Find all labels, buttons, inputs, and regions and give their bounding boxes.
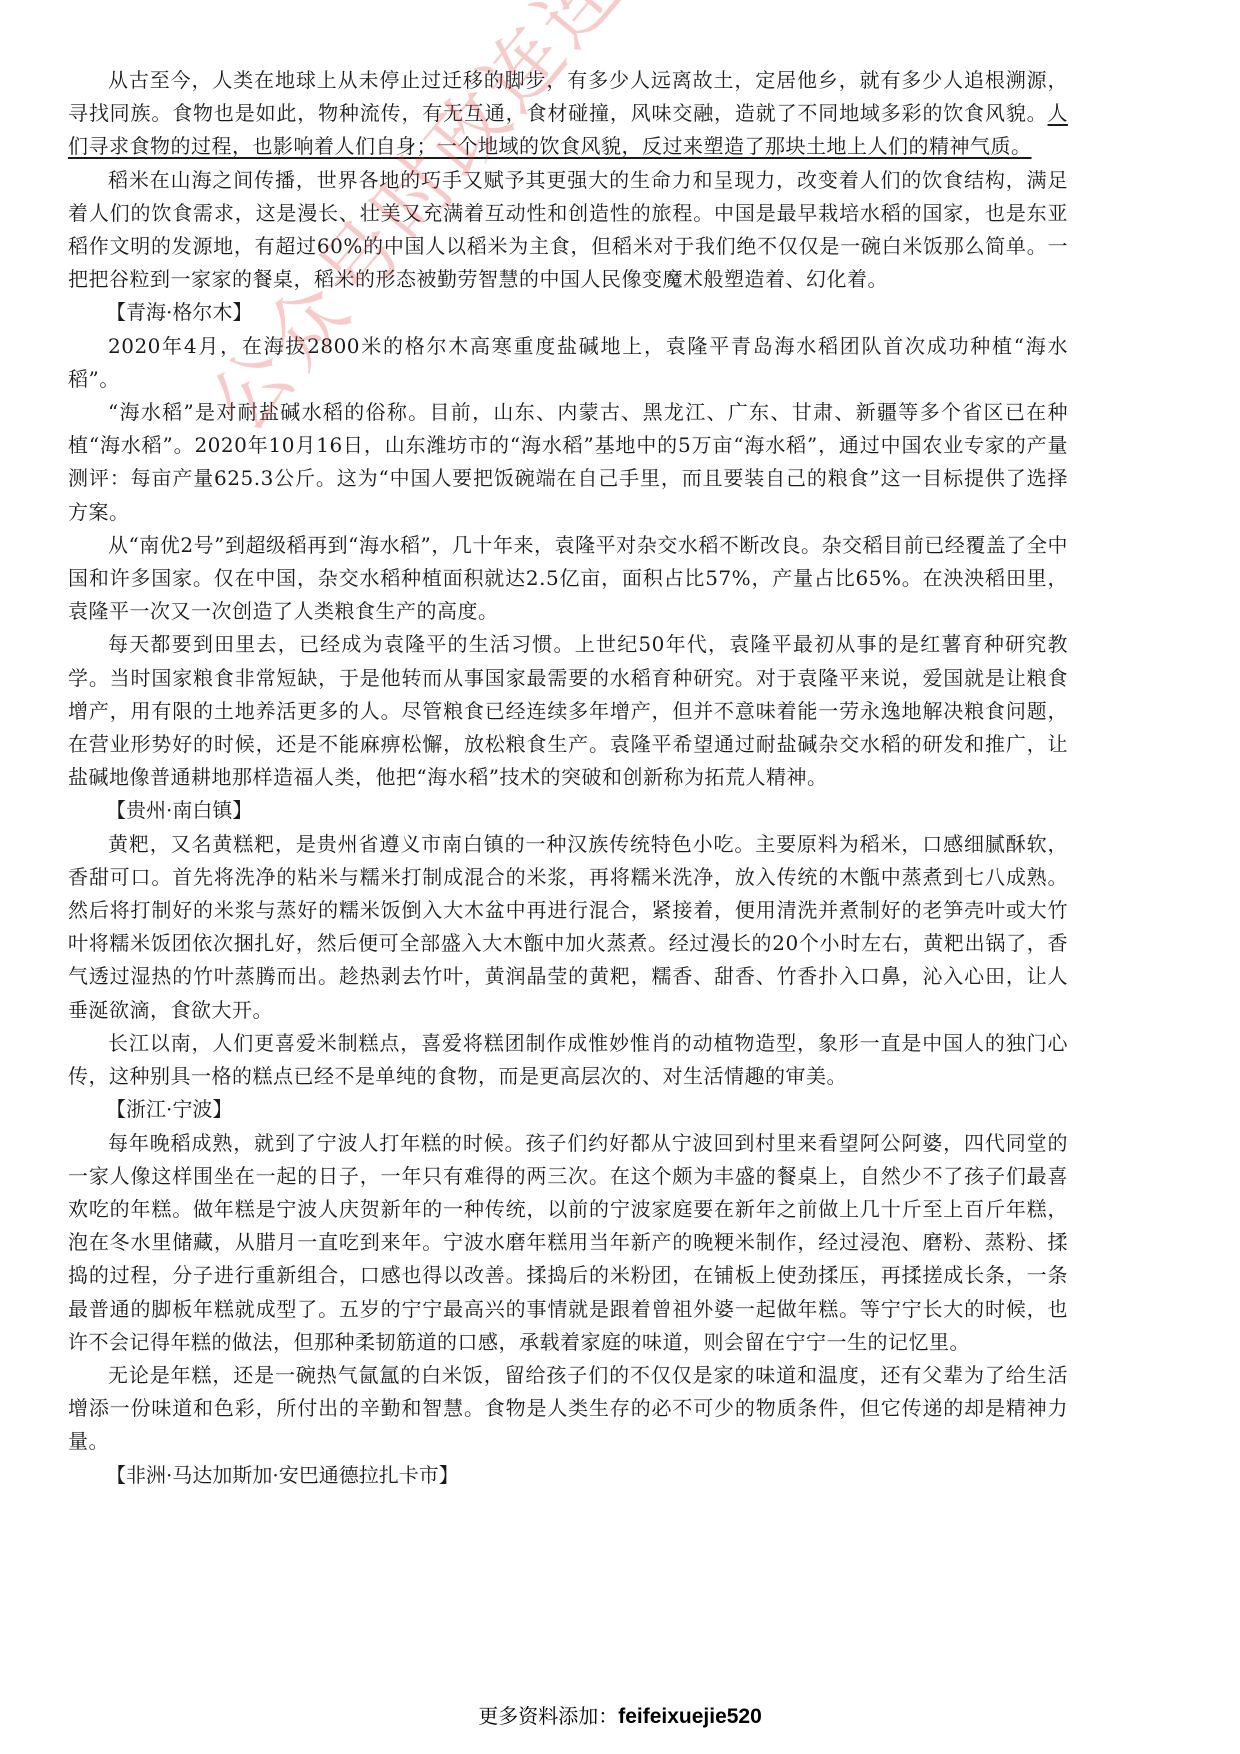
- section-heading-qinghai: 【青海·格尔木】: [68, 296, 1068, 329]
- section-heading-zhejiang: 【浙江·宁波】: [68, 1093, 1068, 1126]
- footer: 更多资料添加：feifeixuejie520: [0, 1700, 1240, 1729]
- paragraph: 每年晚稻成熟，就到了宁波人打年糕的时候。孩子们约好都从宁波回到村里来看望阿公阿婆…: [68, 1127, 1068, 1359]
- section-heading-guizhou: 【贵州·南白镇】: [68, 794, 1068, 827]
- paragraph-intro: 从古至今，人类在地球上从未停止过迁移的脚步，有多少人远离故土，定居他乡，就有多少…: [68, 64, 1068, 164]
- paragraph: “海水稻”是对耐盐碱水稻的俗称。目前，山东、内蒙古、黑龙江、广东、甘肃、新疆等多…: [68, 396, 1068, 529]
- paragraph: 每天都要到田里去，已经成为袁隆平的生活习惯。上世纪50年代，袁隆平最初从事的是红…: [68, 628, 1068, 794]
- paragraph: 长江以南，人们更喜爱米制糕点，喜爱将糕团制作成惟妙惟肖的动植物造型，象形一直是中…: [68, 1027, 1068, 1093]
- paragraph: 黄粑，又名黄糕粑，是贵州省遵义市南白镇的一种汉族传统特色小吃。主要原料为稻米，口…: [68, 828, 1068, 1027]
- paragraph: 2020年4月，在海拔2800米的格尔木高寒重度盐碱地上，袁隆平青岛海水稻团队首…: [68, 330, 1068, 396]
- document-body: 从古至今，人类在地球上从未停止过迁移的脚步，有多少人远离故土，定居他乡，就有多少…: [68, 64, 1068, 1492]
- paragraph: 无论是年糕，还是一碗热气氤氲的白米饭，留给孩子们的不仅仅是家的味道和温度，还有父…: [68, 1359, 1068, 1459]
- footer-label: 更多资料添加：: [478, 1704, 618, 1728]
- footer-contact-id: feifeixuejie520: [618, 1705, 762, 1728]
- paragraph: 从“南优2号”到超级稻再到“海水稻”，几十年来，袁隆平对杂交水稻不断改良。杂交稻…: [68, 529, 1068, 629]
- intro-text: 从古至今，人类在地球上从未停止过迁移的脚步，有多少人远离故土，定居他乡，就有多少…: [68, 68, 1068, 125]
- section-heading-africa: 【非洲·马达加斯加·安巴通德拉扎卡市】: [68, 1459, 1068, 1492]
- paragraph: 稻米在山海之间传播，世界各地的巧手又赋予其更强大的生命力和呈现力，改变着人们的饮…: [68, 164, 1068, 297]
